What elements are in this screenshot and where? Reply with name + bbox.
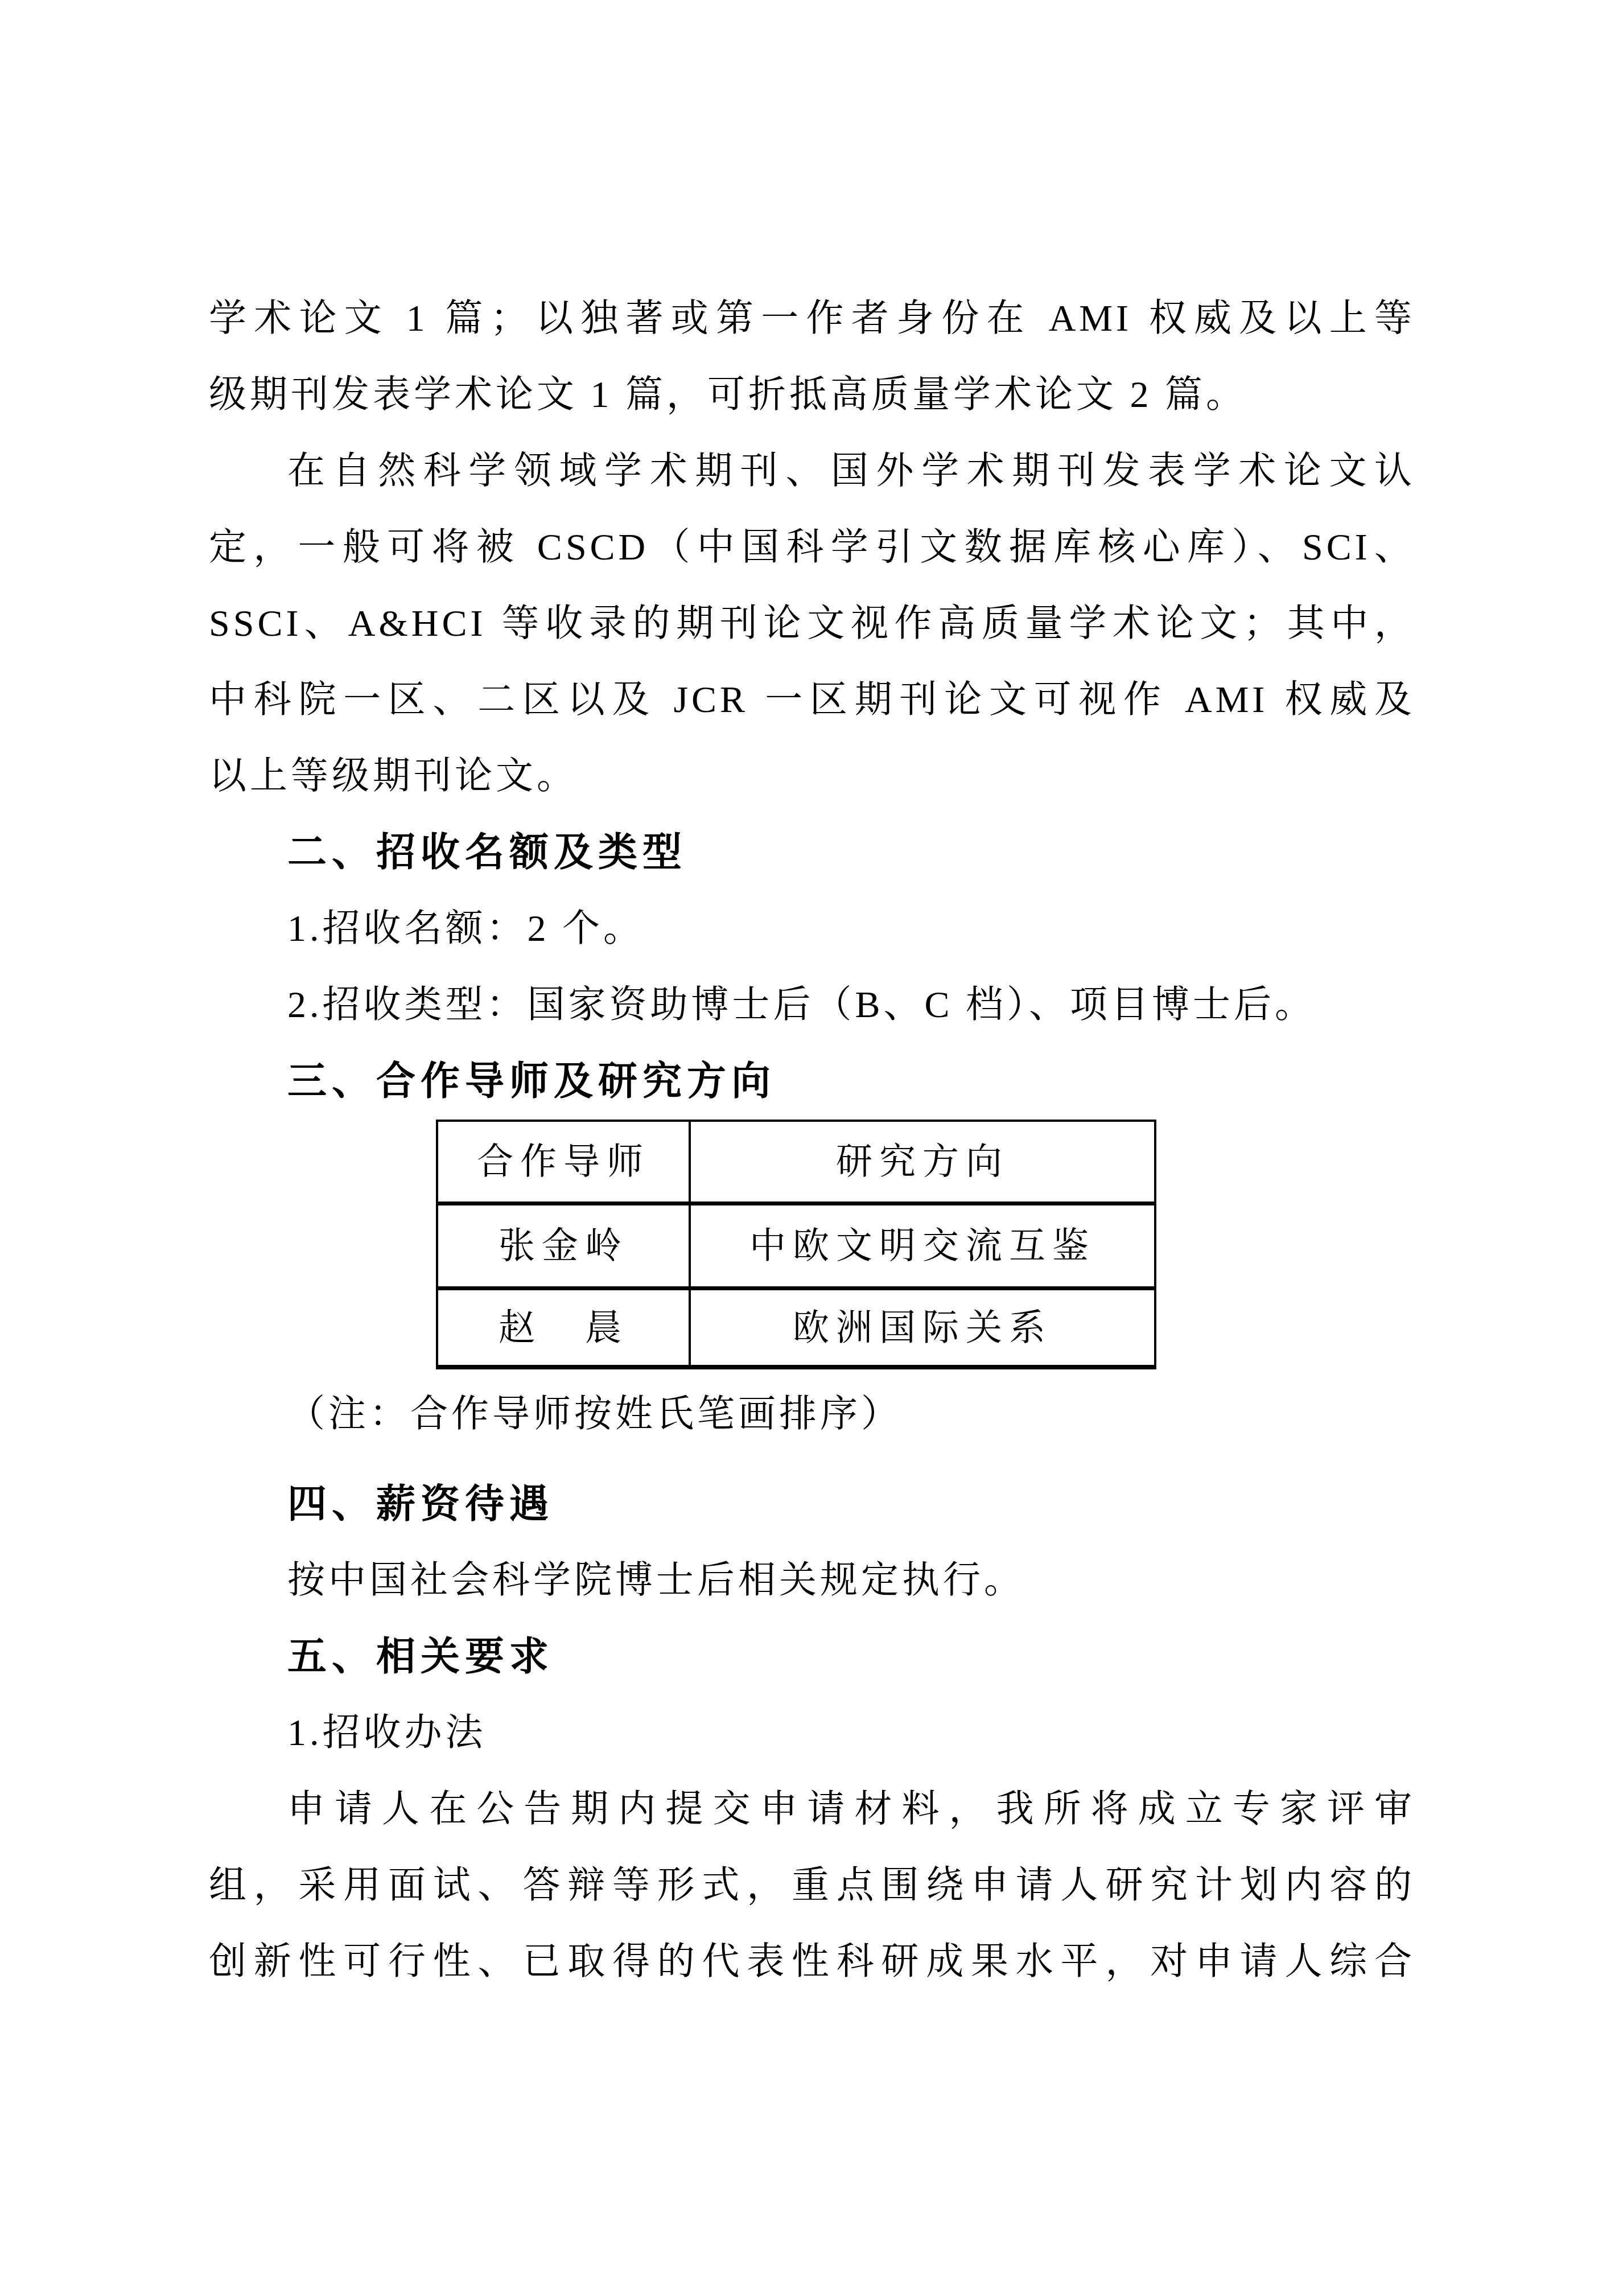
text-line: 级期刊发表学术论文 1 篇，可折抵高质量学术论文 2 篇。 xyxy=(209,357,1415,433)
research-direction-cell: 欧洲国际关系 xyxy=(690,1289,1155,1368)
note-line: （注：合作导师按姓氏笔画排序） xyxy=(209,1376,1415,1453)
document-body: 学术论文 1 篇；以独著或第一作者身份在 AMI 权威及以上等级期刊发表学术论文… xyxy=(209,281,1415,2000)
text-line: 组，采用面试、答辩等形式，重点围绕申请人研究计划内容的 xyxy=(209,1848,1415,1924)
text-line: 学术论文 1 篇；以独著或第一作者身份在 AMI 权威及以上等 xyxy=(209,281,1415,357)
advisor-name-cell: 赵 晨 xyxy=(437,1289,690,1368)
text-line: 中科院一区、二区以及 JCR 一区期刊论文可视作 AMI 权威及 xyxy=(209,662,1415,738)
table-header-row: 合作导师研究方向 xyxy=(437,1121,1155,1204)
text-line: 定，一般可将被 CSCD（中国科学引文数据库核心库）、SCI、 xyxy=(209,509,1415,586)
research-direction-cell: 中欧文明交流互鉴 xyxy=(690,1204,1155,1289)
text-line: 2.招收类型：国家资助博士后（B、C 档）、项目博士后。 xyxy=(209,967,1415,1043)
text-line: 在自然科学领域学术期刊、国外学术期刊发表学术论文认 xyxy=(209,433,1415,509)
advisor-name-cell: 张金岭 xyxy=(437,1204,690,1289)
section-heading: 三、合作导师及研究方向 xyxy=(209,1043,1415,1120)
table-row: 赵 晨欧洲国际关系 xyxy=(437,1289,1155,1368)
document-page: 学术论文 1 篇；以独著或第一作者身份在 AMI 权威及以上等级期刊发表学术论文… xyxy=(0,0,1623,2296)
text-line: 1.招收名额：2 个。 xyxy=(209,891,1415,967)
header-cell-advisor: 合作导师 xyxy=(437,1121,690,1204)
text-line: 申请人在公告期内提交申请材料，我所将成立专家评审 xyxy=(209,1771,1415,1848)
header-cell-research-direction: 研究方向 xyxy=(690,1121,1155,1204)
text-line: 按中国社会科学院博士后相关规定执行。 xyxy=(209,1542,1415,1619)
section-heading: 五、相关要求 xyxy=(209,1619,1415,1695)
text-line: 创新性可行性、已取得的代表性科研成果水平，对申请人综合 xyxy=(209,1924,1415,2000)
section-heading: 二、招收名额及类型 xyxy=(209,814,1415,891)
text-line: SSCI、A&HCI 等收录的期刊论文视作高质量学术论文；其中， xyxy=(209,586,1415,662)
advisor-table: 合作导师研究方向张金岭中欧文明交流互鉴赵 晨欧洲国际关系 xyxy=(436,1120,1156,1369)
text-line: 以上等级期刊论文。 xyxy=(209,738,1415,814)
section-heading: 四、薪资待遇 xyxy=(209,1466,1415,1542)
text-line: 1.招收办法 xyxy=(209,1695,1415,1771)
table-row: 张金岭中欧文明交流互鉴 xyxy=(437,1204,1155,1289)
